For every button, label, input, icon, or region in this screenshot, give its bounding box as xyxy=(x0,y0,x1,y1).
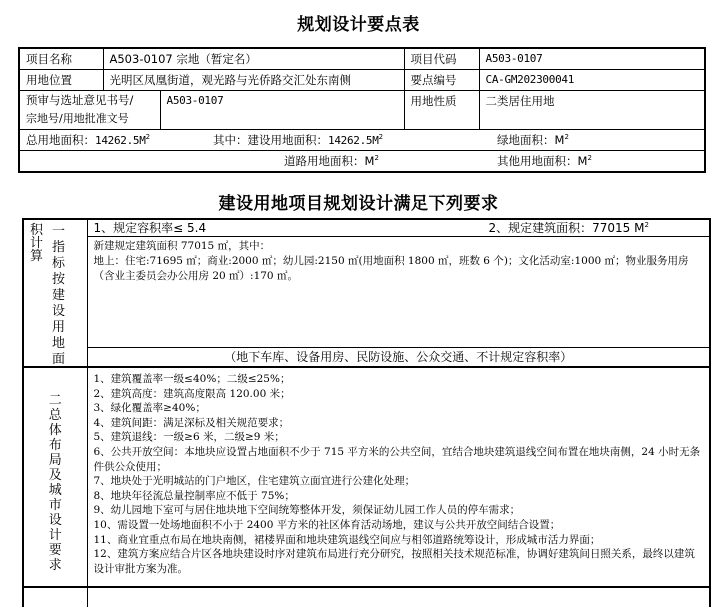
area-summary-row: 总用地面积：14262.5M2 其中：建设用地面积：14262.5M2 绿地面积… xyxy=(19,130,705,151)
building-area: 2、规定建筑面积：77015 M2 xyxy=(489,220,649,236)
requirement-item: 6、公共开放空间：本地块应设置占地面积不少于 715 平方米的公共空间，宜结合地… xyxy=(94,445,704,474)
requirement-item: 1、建筑覆盖率一级≤40%；二级≤25%； xyxy=(94,372,704,387)
project-name-value: A503-0107 宗地（暂定名） xyxy=(103,48,404,70)
project-code-label: 项目代码 xyxy=(404,48,479,70)
approval-value: A503-0107 xyxy=(160,91,404,130)
approval-label: 预审与选址意见书号/ 宗地号/用地批准文号 xyxy=(19,91,160,130)
floor-area-ratio: 1、规定容积率≤ 5.4 xyxy=(94,220,489,236)
unit-superscript: 2 xyxy=(564,133,568,141)
section1-header-col1: 积计算 xyxy=(30,224,44,263)
requirements-title: 建设用地项目规划设计满足下列要求 xyxy=(0,189,717,214)
requirement-item: 12、建筑方案应结合片区各地块建设时序对建筑布局进行充分研究，按照相关技术规范标… xyxy=(94,547,704,576)
section1-exclusion-note: （地下车库、设备用房、民防设施、公众交通、不计规定容积率） xyxy=(87,348,710,368)
requirement-item: 9、幼儿园地下室可与居住地块地下空间统筹整体开发，须保证幼儿园工作人员的停车需求… xyxy=(94,503,704,518)
construction-area-label: 其中：建设用地面积： xyxy=(213,133,328,147)
green-area-label: 绿地面积： xyxy=(497,133,555,147)
requirement-item: 10、需设置一处场地面积不小于 2400 平方米的社区体育活动场地，建议与公共开… xyxy=(94,518,704,533)
other-area: 其他用地面积：M2 xyxy=(497,151,592,171)
requirement-item: 3、绿化覆盖率≥40%； xyxy=(94,401,704,416)
total-area-value: 14262.5M xyxy=(95,134,146,147)
unit-superscript: 2 xyxy=(379,133,383,141)
detail-line: 地上：住宅:71695 ㎡；商业:2000 ㎡；幼儿园:2150 ㎡(用地面积 … xyxy=(94,254,704,284)
requirement-item: 4、建筑间距：满足深标及相关规范要求； xyxy=(94,416,704,431)
area-summary-row-2: 道路用地面积：M2 其他用地面积：M2 xyxy=(19,151,705,173)
detail-line: 新建规定建筑面积 77015 ㎡，其中： xyxy=(94,239,704,254)
road-area-label: 道路用地面积： xyxy=(284,154,365,168)
location-label: 用地位置 xyxy=(19,70,103,91)
requirements-table: 积计算 一指标按建设用地面 1、规定容积率≤ 5.4 2、规定建筑面积：7701… xyxy=(22,218,711,607)
section1-header-col2: 一指标按建设用地面 xyxy=(52,224,66,367)
green-area: 绿地面积：M2 xyxy=(497,130,569,150)
document-title: 规划设计要点表 xyxy=(0,10,717,35)
approval-label-line2: 宗地号/用地批准文号 xyxy=(26,112,129,125)
requirement-item: 11、商业宜重点布局在地块南侧，裙楼界面和地块建筑退线空间应与相邻道路统筹设计，… xyxy=(94,533,704,548)
other-area-label: 其他用地面积： xyxy=(497,154,578,168)
unit-superscript: 2 xyxy=(587,154,591,162)
section3-content xyxy=(87,587,710,607)
section2-header: 二总体布局及城市设计要求 xyxy=(23,367,87,587)
points-no-value: CA-GM202300041 xyxy=(479,70,705,91)
building-area-label: 2、规定建筑面积：77015 M xyxy=(489,221,645,235)
unit-superscript: 2 xyxy=(374,154,378,162)
land-nature-value: 二类居住用地 xyxy=(479,91,705,130)
project-code-value: A503-0107 xyxy=(479,48,705,70)
unit-superscript: 2 xyxy=(146,133,150,141)
requirement-item: 8、地块年径流总量控制率应不低于 75%； xyxy=(94,489,704,504)
unit-superscript: 2 xyxy=(644,221,648,229)
section2-items: 1、建筑覆盖率一级≤40%；二级≤25%； 2、建筑高度：建筑高度限高 120.… xyxy=(87,367,710,587)
total-area-label: 总用地面积： xyxy=(26,133,95,147)
project-name-label: 项目名称 xyxy=(19,48,103,70)
section1-ratio-row: 1、规定容积率≤ 5.4 2、规定建筑面积：77015 M2 xyxy=(87,219,710,237)
green-area-value: M xyxy=(555,133,565,147)
points-no-label: 要点编号 xyxy=(404,70,479,91)
road-area: 道路用地面积：M2 xyxy=(284,151,497,171)
construction-area-value: 14262.5M xyxy=(328,134,379,147)
section3-header xyxy=(23,587,87,607)
section1-header: 积计算 一指标按建设用地面 xyxy=(23,219,87,367)
requirement-item: 5、建筑退线：一级≥6 米，二级≥9 米； xyxy=(94,430,704,445)
other-area-value: M xyxy=(578,154,588,168)
requirement-item: 7、地块处于光明城站的门户地区，住宅建筑立面宜进行公建化处理； xyxy=(94,474,704,489)
location-value: 光明区凤凰街道，观光路与光侨路交汇处东南侧 xyxy=(103,70,404,91)
approval-label-line1: 预审与选址意见书号/ xyxy=(26,93,133,107)
project-info-table: 项目名称 A503-0107 宗地（暂定名） 项目代码 A503-0107 用地… xyxy=(18,47,706,173)
section1-detail: 新建规定建筑面积 77015 ㎡，其中： 地上：住宅:71695 ㎡；商业:20… xyxy=(87,237,710,348)
land-nature-label: 用地性质 xyxy=(404,91,479,130)
construction-area: 其中：建设用地面积：14262.5M2 xyxy=(213,130,497,150)
total-area: 总用地面积：14262.5M2 xyxy=(20,130,213,150)
requirement-item: 2、建筑高度：建筑高度限高 120.00 米； xyxy=(94,387,704,402)
road-area-value: M xyxy=(365,154,375,168)
